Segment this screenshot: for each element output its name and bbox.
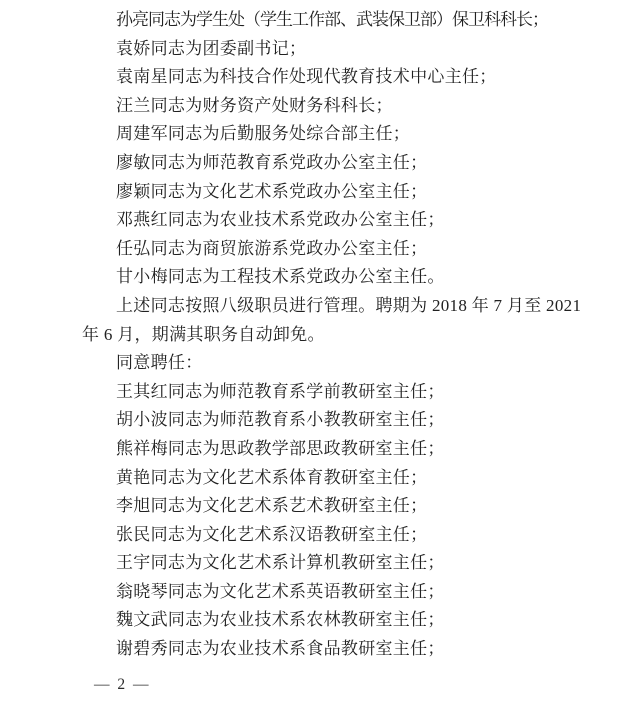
doc-line: 谢碧秀同志为农业技术系食品教研室主任；	[82, 635, 560, 664]
doc-line: 王宇同志为文化艺术系计算机教研室主任；	[82, 549, 560, 578]
doc-line-paragraph-start: 上述同志按照八级职员进行管理。聘期为 2018 年 7 月至 2021	[82, 292, 560, 321]
doc-line: 袁南星同志为科技合作处现代教育技术中心主任；	[82, 63, 560, 92]
doc-line: 魏文武同志为农业技术系农林教研室主任；	[82, 606, 560, 635]
doc-line: 熊祥梅同志为思政教学部思政教研室主任；	[82, 435, 560, 464]
doc-line: 胡小波同志为师范教育系小教教研室主任；	[82, 406, 560, 435]
doc-line: 甘小梅同志为工程技术系党政办公室主任。	[82, 263, 560, 292]
doc-line: 王其红同志为师范教育系学前教研室主任；	[82, 378, 560, 407]
page-number: — 2 —	[94, 674, 151, 696]
doc-line: 翁晓琴同志为文化艺术系英语教研室主任；	[82, 578, 560, 607]
doc-line: 廖颖同志为文化艺术系党政办公室主任；	[82, 178, 560, 207]
doc-line: 汪兰同志为财务资产处财务科科长；	[82, 92, 560, 121]
document-body: 孙亮同志为学生处（学生工作部、武装保卫部）保卫科科长； 袁娇同志为团委副书记； …	[82, 6, 560, 664]
doc-line: 李旭同志为文化艺术系艺术教研室主任；	[82, 492, 560, 521]
doc-line: 周建军同志为后勤服务处综合部主任；	[82, 120, 560, 149]
doc-line-section-heading: 同意聘任：	[82, 349, 560, 378]
doc-line: 邓燕红同志为农业技术系党政办公室主任；	[82, 206, 560, 235]
doc-line: 孙亮同志为学生处（学生工作部、武装保卫部）保卫科科长；	[82, 6, 560, 35]
doc-line: 黄艳同志为文化艺术系体育教研室主任；	[82, 464, 560, 493]
doc-line: 张民同志为文化艺术系汉语教研室主任；	[82, 521, 560, 550]
document-page: 孙亮同志为学生处（学生工作部、武装保卫部）保卫科科长； 袁娇同志为团委副书记； …	[0, 0, 623, 706]
doc-line: 廖敏同志为师范教育系党政办公室主任；	[82, 149, 560, 178]
doc-line-paragraph-continuation: 年 6 月，期满其职务自动卸免。	[82, 321, 560, 350]
doc-line: 袁娇同志为团委副书记；	[82, 35, 560, 64]
doc-line: 任弘同志为商贸旅游系党政办公室主任；	[82, 235, 560, 264]
